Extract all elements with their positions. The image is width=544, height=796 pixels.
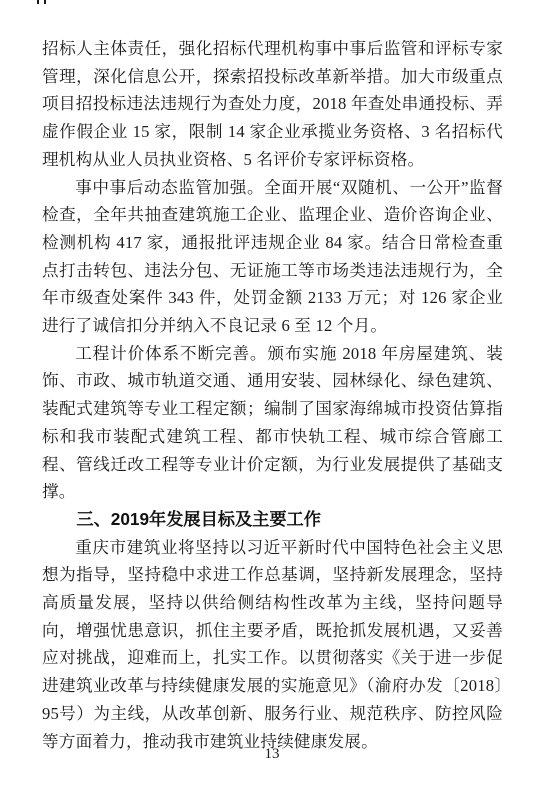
page-number: 13 [0, 745, 544, 763]
paragraph-2019-guiding-principles: 重庆市建筑业将坚持以习近平新时代中国特色社会主义思想为指导，坚持稳中求进工作总基… [42, 534, 503, 756]
paragraph-pricing-system: 工程计价体系不断完善。颁布实施 2018 年房屋建筑、装饰、市政、城市轨道交通、… [42, 340, 503, 506]
scan-artifact-mark [44, 0, 46, 4]
section-heading-2019-goals: 三、2019年发展目标及主要工作 [42, 506, 503, 534]
document-page: 招标人主体责任，强化招标代理机构事中事后监管和评标专家管理，深化信息公开，探索招… [0, 0, 544, 796]
scan-artifact-mark [37, 0, 39, 4]
page-body: 招标人主体责任，强化招标代理机构事中事后监管和评标专家管理，深化信息公开，探索招… [42, 35, 503, 755]
paragraph-dynamic-supervision: 事中事后动态监管加强。全面开展“双随机、一公开”监督检查，全年共抽查建筑施工企业… [42, 174, 503, 340]
paragraph-bidding-supervision: 招标人主体责任，强化招标代理机构事中事后监管和评标专家管理，深化信息公开，探索招… [42, 35, 503, 174]
